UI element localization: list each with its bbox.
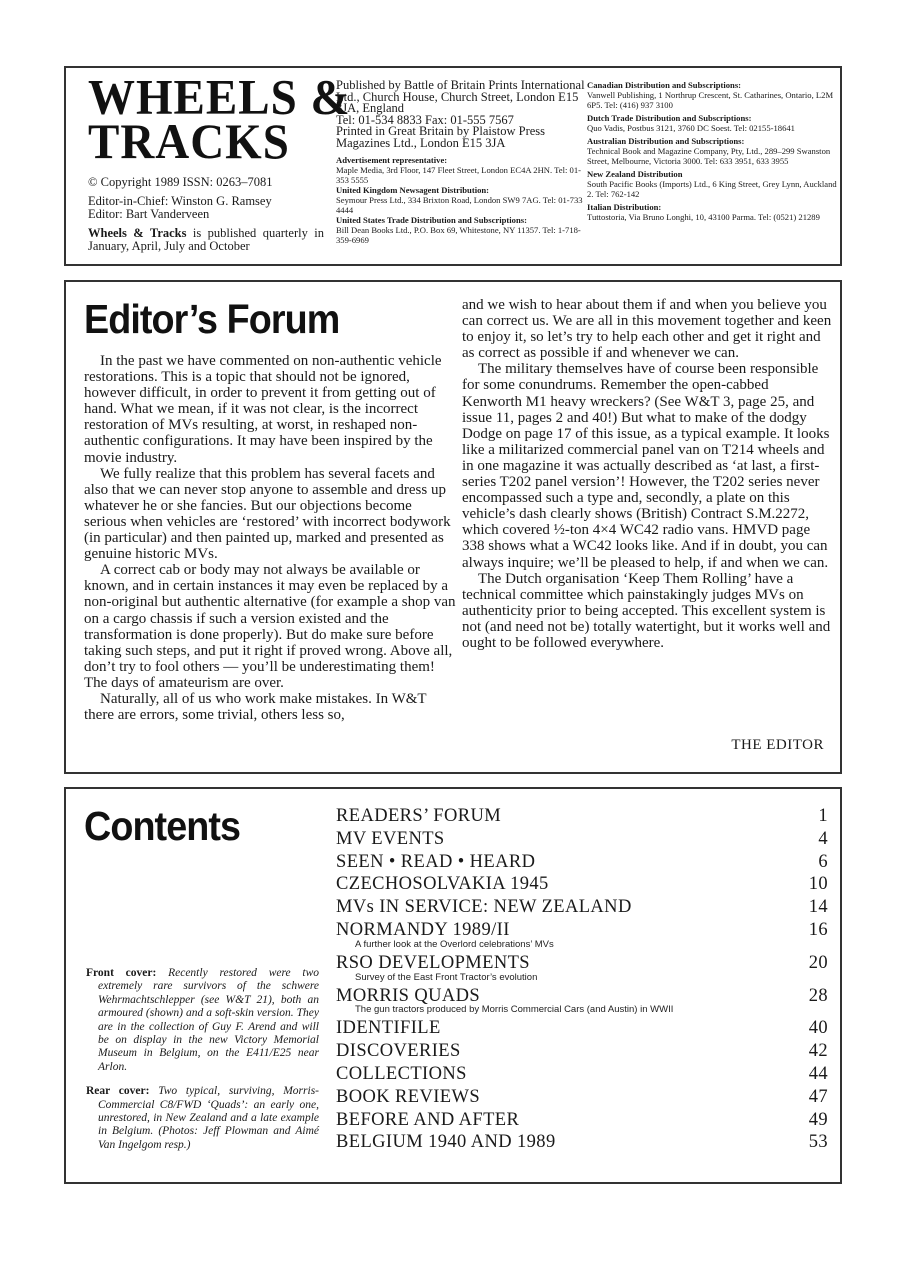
forum-paragraph: Naturally, all of us who work make mista… bbox=[84, 691, 456, 723]
printer-info: Printed in Great Britain by Plaistow Pre… bbox=[336, 126, 586, 149]
toc-entry[interactable]: MV EVENTS4 bbox=[336, 828, 828, 851]
logo-line-1: WHEELS & bbox=[88, 76, 310, 120]
toc-entry-title: BELGIUM 1940 AND 1989 bbox=[336, 1131, 556, 1154]
publisher-info: Published by Battle of Britain Prints In… bbox=[336, 80, 586, 245]
contents-box: Contents READERS’ FORUM1MV EVENTS4SEEN •… bbox=[64, 787, 842, 1184]
toc-entry-page: 20 bbox=[809, 952, 828, 975]
distribution-new-zealand: New Zealand DistributionSouth Pacific Bo… bbox=[587, 169, 837, 199]
masthead-box: WHEELS & TRACKS © Copyright 1989 ISSN: 0… bbox=[64, 66, 842, 266]
table-of-contents: READERS’ FORUM1MV EVENTS4SEEN • READ • H… bbox=[336, 805, 828, 1154]
masthead-credits: © Copyright 1989 ISSN: 0263–7081 Editor-… bbox=[88, 176, 324, 259]
distribution-block: Advertisement representative: Maple Medi… bbox=[336, 155, 586, 245]
logo-line-2: TRACKS bbox=[88, 120, 310, 164]
toc-entry-title: MVs IN SERVICE: NEW ZEALAND bbox=[336, 896, 632, 919]
toc-entry-subtitle: The gun tractors produced by Morris Comm… bbox=[355, 1005, 828, 1015]
toc-entry-subtitle: A further look at the Overlord celebrati… bbox=[355, 940, 828, 950]
cover-captions: Front cover: Recently restored were two … bbox=[86, 967, 319, 1163]
distribution-dutch: Dutch Trade Distribution and Subscriptio… bbox=[587, 113, 837, 133]
toc-entry[interactable]: BEFORE AND AFTER49 bbox=[336, 1109, 828, 1132]
editor: Editor: Bart Vanderveen bbox=[88, 208, 324, 221]
toc-entry-page: 10 bbox=[809, 873, 828, 896]
magazine-logo: WHEELS & TRACKS bbox=[88, 76, 310, 164]
forum-paragraph: A correct cab or body may not always be … bbox=[84, 562, 456, 691]
toc-entry-page: 47 bbox=[809, 1086, 828, 1109]
toc-entry[interactable]: BELGIUM 1940 AND 198953 bbox=[336, 1131, 828, 1154]
editors-forum-box: Editor’s Forum In the past we have comme… bbox=[64, 280, 842, 774]
toc-entry-title: SEEN • READ • HEARD bbox=[336, 851, 535, 874]
toc-entry-page: 44 bbox=[809, 1063, 828, 1086]
toc-entry-page: 28 bbox=[809, 985, 828, 1008]
toc-entry-page: 1 bbox=[818, 805, 828, 828]
toc-entry-title: READERS’ FORUM bbox=[336, 805, 501, 828]
toc-entry-page: 14 bbox=[809, 896, 828, 919]
toc-entry-page: 6 bbox=[818, 851, 828, 874]
toc-entry-title: MV EVENTS bbox=[336, 828, 445, 851]
distribution-italy: Italian Distribution:Tuttostoria, Via Br… bbox=[587, 202, 837, 222]
toc-entry-title: COLLECTIONS bbox=[336, 1063, 467, 1086]
copyright: © Copyright 1989 ISSN: 0263–7081 bbox=[88, 176, 324, 189]
toc-entry[interactable]: COLLECTIONS44 bbox=[336, 1063, 828, 1086]
forum-column-1: In the past we have commented on non-aut… bbox=[84, 353, 456, 723]
toc-entry-title: IDENTIFILE bbox=[336, 1017, 441, 1040]
forum-paragraph: and we wish to hear about them if and wh… bbox=[462, 297, 832, 361]
toc-entry[interactable]: MVs IN SERVICE: NEW ZEALAND14 bbox=[336, 896, 828, 919]
distribution-canada: Canadian Distribution and Subscriptions:… bbox=[587, 80, 837, 110]
editor-signature: THE EDITOR bbox=[731, 737, 824, 754]
international-distribution: Canadian Distribution and Subscriptions:… bbox=[587, 80, 837, 225]
front-cover-caption: Front cover: Recently restored were two … bbox=[86, 967, 319, 1074]
forum-paragraph: In the past we have commented on non-aut… bbox=[84, 353, 456, 466]
toc-entry[interactable]: DISCOVERIES42 bbox=[336, 1040, 828, 1063]
toc-entry-page: 49 bbox=[809, 1109, 828, 1132]
publication-schedule: Wheels & Tracks is published quarterly i… bbox=[88, 227, 324, 253]
toc-entry-title: BEFORE AND AFTER bbox=[336, 1109, 519, 1132]
rear-cover-caption: Rear cover: Two typical, surviving, Morr… bbox=[86, 1085, 319, 1152]
toc-entry-title: BOOK REVIEWS bbox=[336, 1086, 480, 1109]
toc-entry-page: 4 bbox=[818, 828, 828, 851]
toc-entry[interactable]: BOOK REVIEWS47 bbox=[336, 1086, 828, 1109]
toc-entry-title: CZECHOSOLVAKIA 1945 bbox=[336, 873, 549, 896]
toc-entry[interactable]: IDENTIFILE40 bbox=[336, 1017, 828, 1040]
distribution-australia: Australian Distribution and Subscription… bbox=[587, 136, 837, 166]
toc-entry[interactable]: SEEN • READ • HEARD6 bbox=[336, 851, 828, 874]
toc-entry-subtitle: Survey of the East Front Tractor’s evolu… bbox=[355, 973, 828, 983]
publication-name: Wheels & Tracks bbox=[88, 226, 187, 240]
toc-entry[interactable]: CZECHOSOLVAKIA 194510 bbox=[336, 873, 828, 896]
toc-entry-page: 40 bbox=[809, 1017, 828, 1040]
forum-paragraph: We fully realize that this problem has s… bbox=[84, 466, 456, 563]
forum-paragraph: The military themselves have of course b… bbox=[462, 361, 832, 570]
toc-entry[interactable]: READERS’ FORUM1 bbox=[336, 805, 828, 828]
forum-column-2: and we wish to hear about them if and wh… bbox=[462, 297, 832, 651]
toc-entry-title: DISCOVERIES bbox=[336, 1040, 461, 1063]
toc-entry-page: 42 bbox=[809, 1040, 828, 1063]
contents-title: Contents bbox=[84, 803, 240, 850]
forum-paragraph: The Dutch organisation ‘Keep Them Rollin… bbox=[462, 571, 832, 651]
publisher-address: Published by Battle of Britain Prints In… bbox=[336, 80, 586, 115]
toc-entry-page: 53 bbox=[809, 1131, 828, 1154]
toc-entry-page: 16 bbox=[809, 919, 828, 942]
editors-forum-title: Editor’s Forum bbox=[84, 296, 339, 343]
